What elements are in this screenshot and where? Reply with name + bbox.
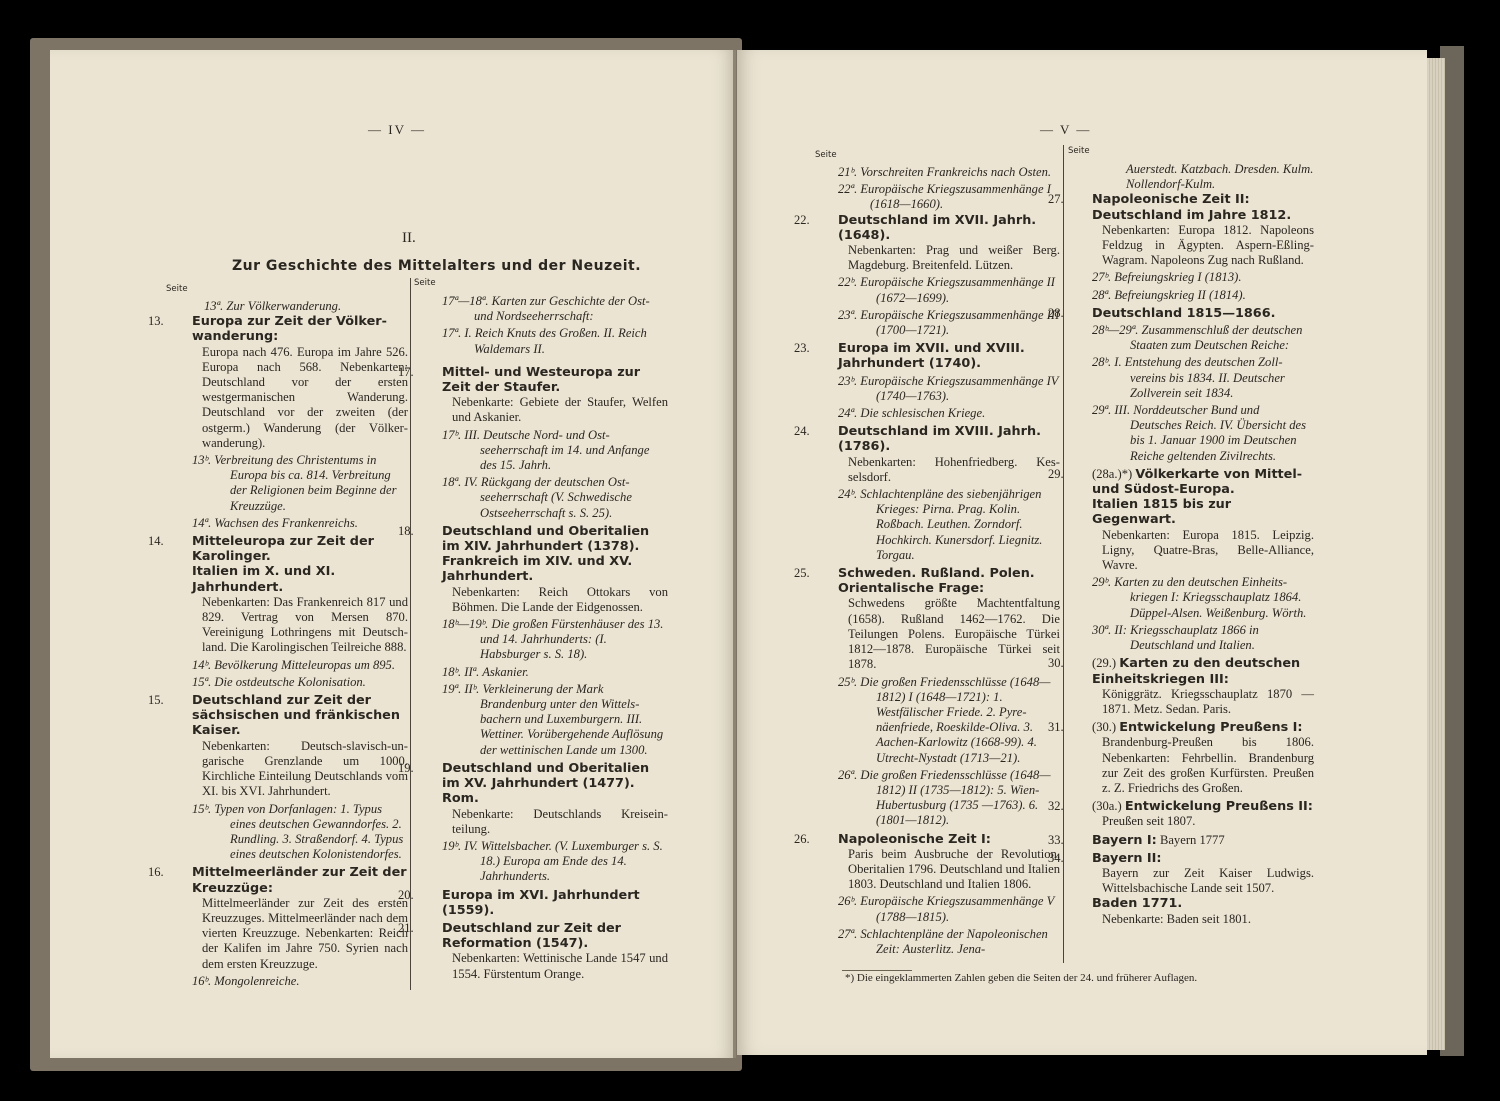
plate-entry: 24ª. Die schlesischen Kriege. [816, 406, 1060, 421]
entry-heading: Europa im XVII. und XVIII. Jahrhundert (… [838, 341, 1025, 371]
toc-entry-20: 20.Europa im XVI. Jahrhundert (1559). [420, 888, 668, 918]
right-page-column-2: Auerstedt. Katzbach. Dresden. Kulm. Noll… [1070, 160, 1314, 930]
entry-heading: Napoleonische Zeit I: [838, 832, 991, 847]
entry-description: Nebenkarte: Gebiete der Staufer, Welfen … [420, 395, 668, 425]
entry-heading: Bayern I: [1092, 833, 1157, 848]
left-page-column-2: 17ª—18ª. Karten zur Geschichte der Ost- … [420, 292, 668, 985]
page-number-right: — V — [1040, 122, 1091, 138]
toc-entry-31: 31.(30.) Entwickelung Preußens I: Brande… [1070, 720, 1314, 796]
plate-entry: 17ᵇ. III. Deutsche Nord- und Ost­seeherr… [420, 428, 668, 474]
entry-number: 34. [1070, 851, 1092, 866]
entry-description: Mittelmeerländer zur Zeit des ersten Kre… [170, 896, 408, 972]
seite-label-left-col2: Seite [414, 278, 436, 288]
plate-entry: 15ᵇ. Typen von Dorfanlagen: 1. Typus ein… [170, 802, 408, 863]
entry-number: 33. [1070, 833, 1092, 848]
plate-entry: 28ª. Befreiungskrieg II (1814). [1070, 288, 1314, 303]
entry-number: 22. [816, 213, 838, 228]
toc-entry-15: 15.Deutschland zur Zeit der säch­sischen… [170, 693, 408, 862]
entry-number: 21. [420, 921, 442, 936]
toc-entry-34: 34.Bayern II: Bayern zur Zeit Kaiser Lud… [1070, 851, 1314, 927]
plate-entry: 13ª. Zur Völkerwanderung. [170, 299, 408, 314]
plate-entry: 18ᵇ—19ᵇ. Die großen Fürstenhäuser des 13… [420, 617, 668, 663]
entry-number: 28. [1070, 306, 1092, 321]
entry-number: 24. [816, 424, 838, 439]
plate-entry: 24ᵇ. Schlachtenpläne des sieben­jährigen… [816, 487, 1060, 563]
footnote: *) Die eingeklammerten Zahlen geben die … [845, 972, 1197, 984]
plate-entry: 19ª. IIᵇ. Verkleinerung der Mark Branden… [420, 682, 668, 758]
entry-number: 31. [1070, 720, 1092, 735]
entry-heading: Deutschland zur Zeit der säch­sischen un… [192, 693, 400, 738]
plate-entry: 14ª. Wachsen des Frankenreichs. [170, 516, 408, 531]
plate-entry: 19ᵇ. IV. Wittelsbacher. (V. Luxem­burger… [420, 839, 668, 885]
entry-number: 27. [1070, 192, 1092, 207]
plate-entry: 23ª. Europäische Kriegszusammen­hänge II… [816, 308, 1060, 338]
entry-description: Nebenkarte: Deutschlands Kreisein­teilun… [420, 807, 668, 837]
plate-entry: 23ᵇ. Europäische Kriegszusammen­hänge IV… [816, 374, 1060, 404]
entry-number: 32. [1070, 799, 1092, 814]
previous-edition-page: (29.) [1092, 656, 1116, 670]
entry-subheading: Italien im X. und XI. Jahrhundert. [170, 564, 408, 594]
entry-description: Schwedens größte Machtentfaltung (1658).… [816, 596, 1060, 672]
entry-heading: Entwickelung Preußens I: [1119, 720, 1302, 735]
entry-heading: Napoleonische Zeit II: [1092, 192, 1250, 207]
entry-subheading: Baden 1771. [1070, 896, 1314, 911]
previous-edition-page: (30.) [1092, 720, 1116, 734]
column-divider [410, 278, 411, 990]
plate-entry: 21ᵇ. Vorschreiten Frankreichs nach Osten… [816, 165, 1060, 180]
entry-description: Nebenkarten: Wettinische Lande 1547 und … [420, 951, 668, 981]
toc-entry-16: 16.Mittelmeerländer zur Zeit der Kreuzzü… [170, 865, 408, 989]
entry-heading: Bayern II: [1092, 851, 1162, 866]
entry-description: Nebenkarten: Europa 1815. Leipzig. Ligny… [1070, 528, 1314, 574]
toc-entry-26: 26.Napoleonische Zeit I: Paris beim Ausb… [816, 832, 1060, 958]
entry-heading: Deutschland im XVII. Jahrh. (1648). [838, 213, 1036, 243]
seite-label-right-col2: Seite [1068, 146, 1090, 156]
entry-number: 14. [170, 534, 192, 549]
right-page-column-1: 21ᵇ. Vorschreiten Frankreichs nach Osten… [816, 163, 1060, 960]
entry-subheading: Frankreich im XIV. und XV. Jahrhundert. [420, 554, 668, 584]
entry-description: Nebenkarte: Baden seit 1801. [1070, 912, 1314, 927]
entry-number: 29. [1070, 467, 1092, 482]
entry-heading: Mittelmeerländer zur Zeit der Kreuzzüge: [192, 865, 407, 895]
entry-description: Königgrätz. Kriegsschauplatz 1870 —1871.… [1070, 687, 1314, 717]
entry-description: Nebenkarten: Das Frankenreich 817 und 82… [170, 595, 408, 656]
entry-number: 16. [170, 865, 192, 880]
entry-description: Brandenburg-Preußen bis 1806. Nebenkarte… [1070, 735, 1314, 796]
plate-entry: 17ª. I. Reich Knuts des Großen. II. Reic… [420, 326, 668, 356]
toc-entry-29: 29.(28a.)*) Völkerkarte von Mittel- und … [1070, 467, 1314, 653]
toc-entry-17: 17.Mittel- und Westeuropa zur Zeit der S… [420, 365, 668, 521]
entry-heading: Schweden. Rußland. Polen. Orientalische … [838, 566, 1035, 596]
plate-entry: 30ª. II: Kriegsschauplatz 1866 in Deutsc… [1070, 623, 1314, 653]
book-gutter [733, 50, 736, 1058]
plate-entry: 13ᵇ. Verbreitung des Christentums in Eur… [170, 453, 408, 514]
toc-entry-33: 33.Bayern I: Bayern 1777 [1070, 833, 1314, 848]
toc-entry-21: 21.Deutschland zur Zeit der Refor­mation… [420, 921, 668, 982]
entry-description: Nebenkarten: Prag und weißer Berg. Magde… [816, 243, 1060, 273]
entry-number: 13. [170, 314, 192, 329]
toc-entry-22: 22.Deutschland im XVII. Jahrh. (1648). N… [816, 213, 1060, 339]
entry-heading: Deutschland und Oberitalien im XV. Jahrh… [442, 761, 649, 791]
plate-entry: 22ᵇ. Europäische Kriegszusammen­hänge II… [816, 275, 1060, 305]
entry-subheading: Italien 1815 bis zur Gegenwart. [1070, 497, 1314, 527]
entry-heading: Karten zu den deutschen Einheitskriegen … [1092, 656, 1300, 686]
entry-number: 17. [420, 365, 442, 380]
entry-description: Bayern zur Zeit Kaiser Ludwigs. Wittelsb… [1070, 866, 1314, 896]
plate-entry: 18ᵇ. IIª. Askanier. [420, 665, 668, 680]
entry-heading: Entwickelung Preußens II: [1125, 799, 1313, 814]
plate-entry: 25ᵇ. Die großen Friedensschlüsse (1648—1… [816, 675, 1060, 766]
entry-description: Nebenkarten: Reich Ottokars von Böhmen. … [420, 585, 668, 615]
entry-number: 19. [420, 761, 442, 776]
entry-description: Paris beim Ausbruche der Revolution. Obe… [816, 847, 1060, 893]
entry-heading: Deutschland zur Zeit der Refor­mation (1… [442, 921, 621, 951]
entry-description: Nebenkarten: Europa 1812. Napo­leons Fel… [1070, 223, 1314, 269]
toc-entry-14: 14.Mitteleuropa zur Zeit der Karo­linger… [170, 534, 408, 690]
entry-description: Bayern 1777 [1160, 833, 1225, 847]
entry-number: 23. [816, 341, 838, 356]
entry-heading: Europa im XVI. Jahrhundert (1559). [442, 888, 640, 918]
toc-entry-32: 32.(30a.) Entwickelung Preußens II: Preu… [1070, 799, 1314, 829]
page-edges [1427, 58, 1445, 1050]
seite-label-left-col1: Seite [166, 284, 188, 294]
left-page-column-1: 13ª. Zur Völkerwanderung. 13.Europa zur … [170, 297, 408, 992]
plate-entry: 14ᵇ. Bevölkerung Mitteleuropas um 895. [170, 658, 408, 673]
toc-entry-19: 19.Deutschland und Oberitalien im XV. Ja… [420, 761, 668, 885]
toc-entry-23: 23.Europa im XVII. und XVIII. Jahrhunder… [816, 341, 1060, 421]
footnote-rule [842, 970, 912, 971]
toc-entry-25: 25.Schweden. Rußland. Polen. Orientalisc… [816, 566, 1060, 828]
toc-entry-30: 30.(29.) Karten zu den deutschen Einheit… [1070, 656, 1314, 717]
entry-number: 30. [1070, 656, 1092, 671]
plate-entry: 26ª. Die großen Friedensschlüsse (1648—1… [816, 768, 1060, 829]
chapter-number: II. [402, 230, 416, 247]
entry-number: 18. [420, 524, 442, 539]
entry-heading: Europa zur Zeit der Völker­wanderung: [192, 314, 387, 344]
plate-entry: 27ª. Schlachtenpläne der Napole­onischen… [816, 927, 1060, 957]
plate-entry: 27ᵇ. Befreiungskrieg I (1813). [1070, 270, 1314, 285]
entry-number: 20. [420, 888, 442, 903]
previous-edition-page: (30a.) [1092, 799, 1122, 813]
seite-label-right-col1: Seite [815, 150, 837, 160]
toc-entry-28: 28.Deutschland 1815—1866. 28ᵇ—29ª. Zusam… [1070, 306, 1314, 464]
entry-subheading: Rom. [420, 791, 668, 806]
previous-edition-page: (28a.)*) [1092, 467, 1132, 481]
entry-description: Nebenkarten: Deutsch-slavisch-un­garisch… [170, 739, 408, 800]
section-title: Zur Geschichte des Mittelalters und der … [232, 258, 641, 274]
entry-number: 26. [816, 832, 838, 847]
entry-heading: Deutschland im XVIII. Jahrh. (1786). [838, 424, 1041, 454]
plate-entry: 15ª. Die ostdeutsche Kolonisation. [170, 675, 408, 690]
plate-entry: 26ᵇ. Europäische Kriegszusammen­hänge V … [816, 894, 1060, 924]
toc-entry-18: 18.Deutschland und Oberitalien im XIV. J… [420, 524, 668, 758]
plate-entry: 17ª—18ª. Karten zur Geschichte der Ost- … [420, 294, 668, 324]
plate-entry: 29ᵇ. Karten zu den deutschen Einheits­kr… [1070, 575, 1314, 621]
plate-entry: 22ª. Europäische Kriegszusammen­hänge I … [816, 182, 1060, 212]
plate-entry: 28ᵇ—29ª. Zusammenschluß der deut­schen S… [1070, 323, 1314, 353]
entry-heading: Mitteleuropa zur Zeit der Karo­linger. [192, 534, 374, 564]
plate-entry: 16ᵇ. Mongolenreiche. [170, 974, 408, 989]
toc-entry-27: 27.Napoleonische Zeit II: Deutschland im… [1070, 192, 1314, 302]
entry-number: 15. [170, 693, 192, 708]
entry-description: Preußen seit 1807. [1070, 814, 1314, 829]
entry-description: Nebenkarten: Hohenfriedberg. Kes­selsdor… [816, 455, 1060, 485]
plate-entry: 18ª. IV. Rückgang der deutschen Ost­seeh… [420, 475, 668, 521]
page-number-left: — IV — [368, 122, 426, 138]
plate-entry-continued: Auerstedt. Katzbach. Dresden. Kulm. Noll… [1070, 162, 1314, 192]
entry-subheading: Deutschland im Jahre 1812. [1070, 208, 1314, 223]
entry-description: Europa nach 476. Europa im Jahre 526. Eu… [170, 345, 408, 451]
toc-entry-24: 24.Deutschland im XVIII. Jahrh. (1786). … [816, 424, 1060, 563]
entry-heading: Deutschland und Oberitalien im XIV. Jahr… [442, 524, 649, 554]
toc-entry-13: 13.Europa zur Zeit der Völker­wanderung:… [170, 314, 408, 531]
plate-entry: 29ª. III. Norddeutscher Bund und Deutsch… [1070, 403, 1314, 464]
plate-entry: 28ᵇ. I. Entstehung des deutschen Zoll­ve… [1070, 355, 1314, 401]
entry-heading: Mittel- und Westeuropa zur Zeit der Stau… [442, 365, 640, 395]
entry-heading: Deutschland 1815—1866. [1092, 306, 1275, 321]
entry-number: 25. [816, 566, 838, 581]
